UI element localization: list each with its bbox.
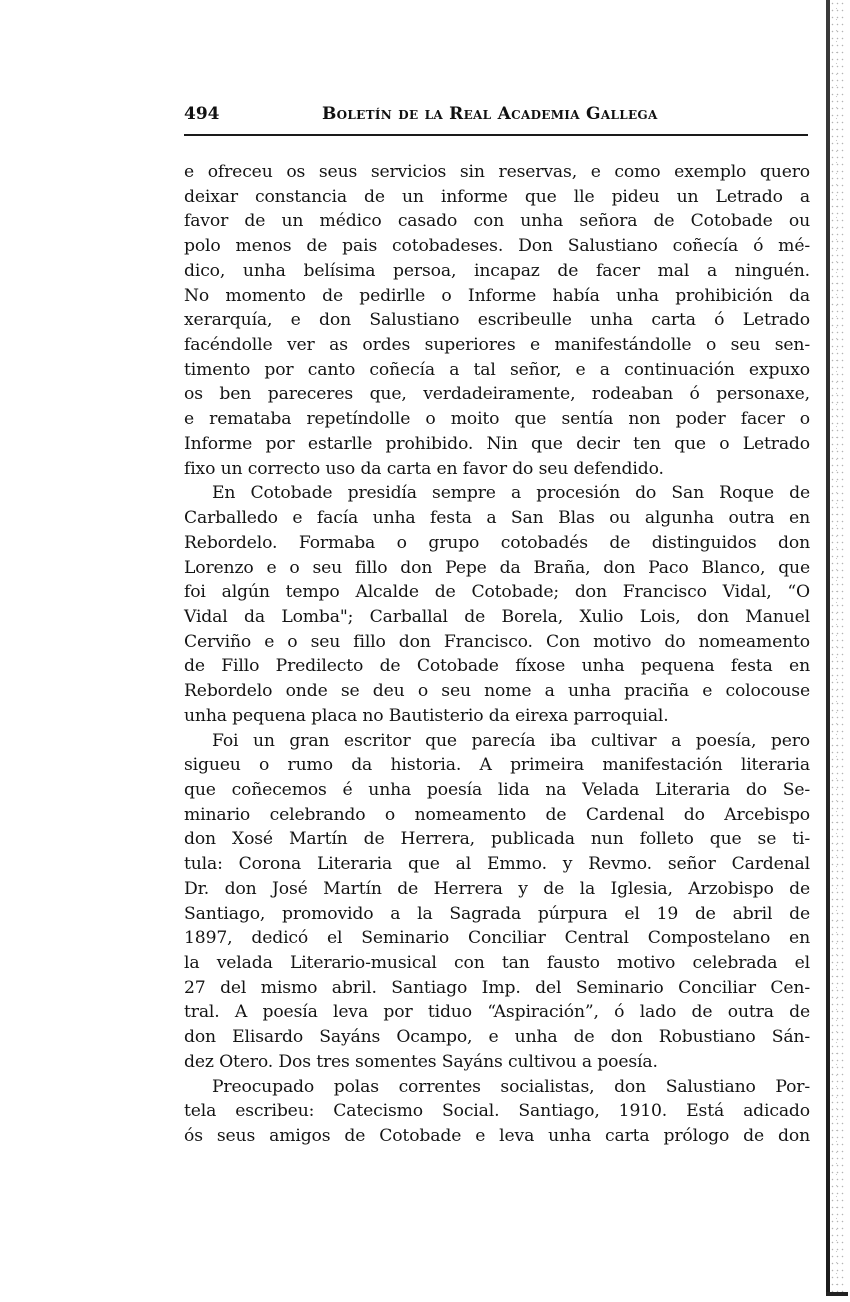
text-line: favor de un médico casado con unha señor… xyxy=(184,209,810,233)
text-line: os ben pareceres que, verdadeiramente, r… xyxy=(184,382,810,406)
text-line: e remataba repetíndolle o moito que sent… xyxy=(184,407,810,431)
text-line: Santiago, promovido a la Sagrada púrpura… xyxy=(184,902,810,926)
text-line: timento por canto coñecía a tal señor, e… xyxy=(184,358,810,382)
text-line: sigueu o rumo da historia. A primeira ma… xyxy=(184,753,810,777)
text-line: Vidal da Lomba"; Carballal de Borela, Xu… xyxy=(184,605,810,629)
text-line: de Fillo Predilecto de Cotobade fíxose u… xyxy=(184,654,810,678)
text-line: Lorenzo e o seu fillo don Pepe da Braña,… xyxy=(184,556,810,580)
text-line: deixar constancia de un informe que lle … xyxy=(184,185,810,209)
text-line: minario celebrando o nomeamento de Carde… xyxy=(184,803,810,827)
text-line: foi algún tempo Alcalde de Cotobade; don… xyxy=(184,580,810,604)
text-line: Dr. don José Martín de Herrera y de la I… xyxy=(184,877,810,901)
paragraph-first-line: En Cotobade presidía sempre a procesión … xyxy=(212,481,810,505)
running-title: Boletín de la Real Academia Gallega xyxy=(322,104,722,124)
text-line: xerarquía, e don Salustiano escribeulle … xyxy=(184,308,810,332)
text-line: 1897, dedicó el Seminario Conciliar Cent… xyxy=(184,926,810,950)
text-line: la velada Literario-musical con tan faus… xyxy=(184,951,810,975)
text-line: 27 del mismo abril. Santiago Imp. del Se… xyxy=(184,976,810,1000)
text-line: don Xosé Martín de Herrera, publicada nu… xyxy=(184,827,810,851)
paragraph-first-line: Foi un gran escritor que parecía iba cul… xyxy=(212,729,810,753)
text-line: tela escribeu: Catecismo Social. Santiag… xyxy=(184,1099,810,1123)
text-line: unha pequena placa no Bautisterio da eir… xyxy=(184,704,810,728)
text-line: Rebordelo onde se deu o seu nome a unha … xyxy=(184,679,810,703)
book-page: 494 Boletín de la Real Academia Gallega … xyxy=(0,0,850,1302)
header-rule xyxy=(184,134,808,136)
text-line: Cerviño e o seu fillo don Francisco. Con… xyxy=(184,630,810,654)
text-line: dez Otero. Dos tres somentes Sayáns cult… xyxy=(184,1050,810,1074)
page-number: 494 xyxy=(184,104,220,124)
text-line: No momento de pedirlle o Informe había u… xyxy=(184,284,810,308)
text-line: polo menos de pais cotobadeses. Don Salu… xyxy=(184,234,810,258)
scan-binding-foot xyxy=(826,1292,848,1296)
text-line: fixo un correcto uso da carta en favor d… xyxy=(184,457,810,481)
paragraph-first-line: Preocupado polas correntes socialistas, … xyxy=(212,1075,810,1099)
text-line: tral. A poesía leva por tiduo “Aspiració… xyxy=(184,1000,810,1024)
text-line: que coñecemos é unha poesía lida na Vela… xyxy=(184,778,810,802)
text-line: dico, unha belísima persoa, incapaz de f… xyxy=(184,259,810,283)
text-line: facéndolle ver as ordes superiores e man… xyxy=(184,333,810,357)
text-line: tula: Corona Literaria que al Emmo. y Re… xyxy=(184,852,810,876)
text-line: don Elisardo Sayáns Ocampo, e unha de do… xyxy=(184,1025,810,1049)
text-line: Carballedo e facía unha festa a San Blas… xyxy=(184,506,810,530)
scan-noise xyxy=(830,0,844,1296)
text-line: e ofreceu os seus servicios sin reservas… xyxy=(184,160,810,184)
text-line: Informe por estarlle prohibido. Nin que … xyxy=(184,432,810,456)
text-line: Rebordelo. Formaba o grupo cotobadés de … xyxy=(184,531,810,555)
text-line: ós seus amigos de Cotobade e leva unha c… xyxy=(184,1124,810,1148)
